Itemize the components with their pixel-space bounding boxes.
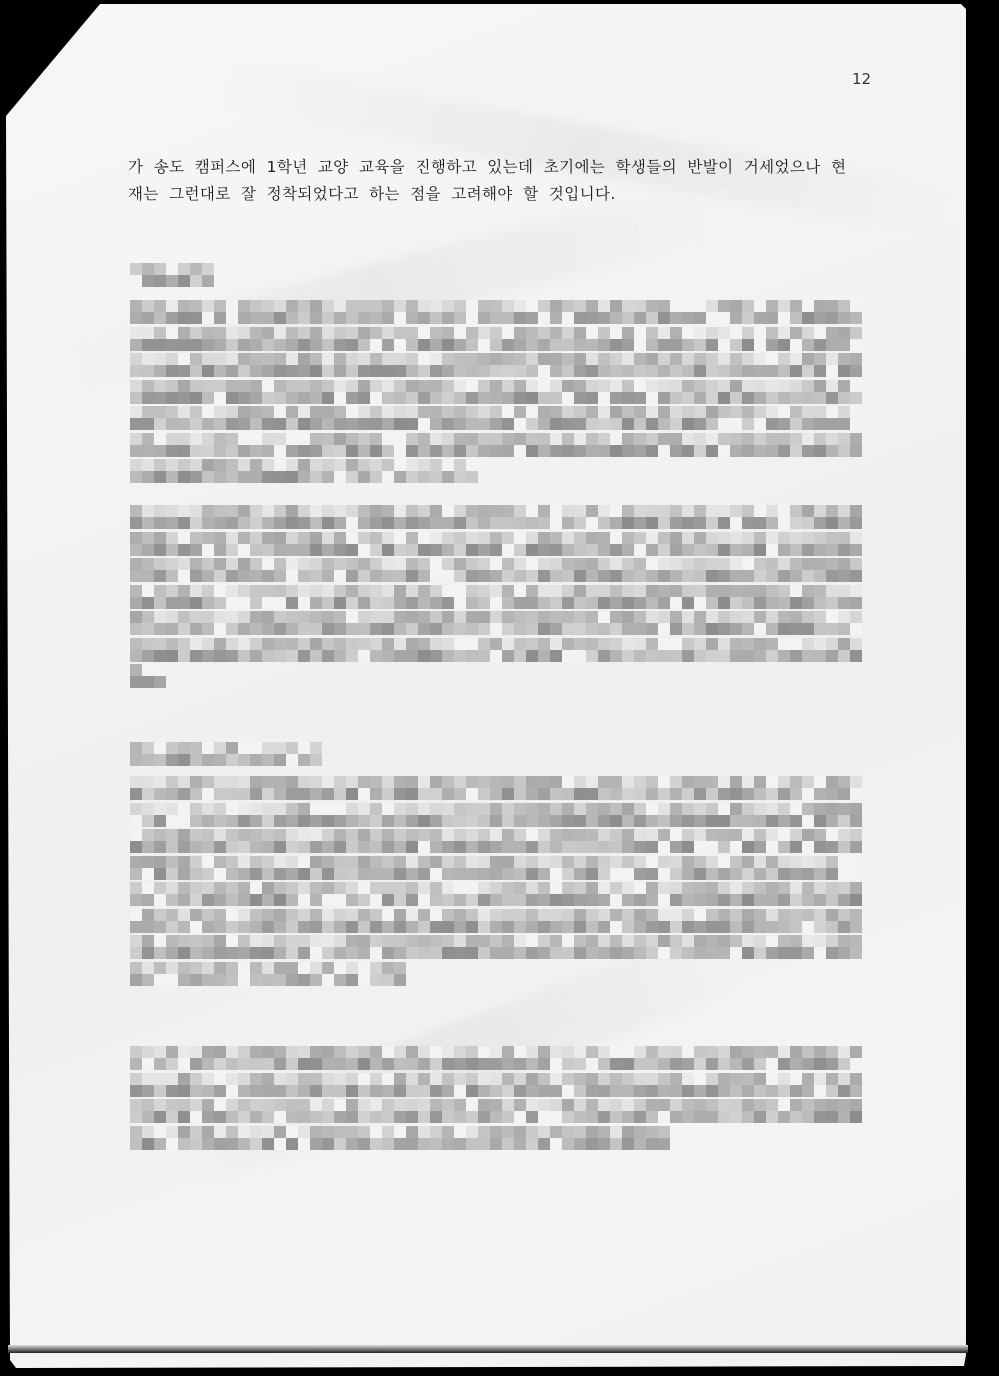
page-bottom-edge [8,1345,968,1353]
paragraph-line: 재는 그런대로 잘 정착되었다고 하는 점을 고려해야 할 것입니다. [128,181,873,208]
redacted-line [130,505,862,529]
paragraph-line: 가 송도 캠퍼스에 1학년 교양 교육을 진행하고 있는데 초기에는 학생들의 … [128,154,873,181]
redacted-line [130,532,862,556]
redacted-line [130,1126,670,1150]
redacted-line [130,1099,862,1123]
redacted-line [130,433,862,457]
paper-crease [207,58,964,239]
redacted-line [130,803,862,827]
redacted-line [130,611,862,635]
page-number: 12 [852,70,871,88]
redacted-line [130,962,406,986]
redacted-line [130,909,862,933]
redacted-line [130,585,862,609]
redacted-line [130,380,862,404]
redacted-line [130,829,862,853]
redacted-line [130,263,214,287]
redacted-line [130,935,862,959]
redacted-line [130,638,862,662]
redacted-line [130,742,322,766]
redacted-line [130,558,862,582]
paragraph-text: 가 송도 캠퍼스에 1학년 교양 교육을 진행하고 있는데 초기에는 학생들의 … [128,154,873,208]
redacted-line [130,406,862,430]
redacted-line [130,300,862,324]
redacted-line [130,1073,862,1097]
redacted-line [130,327,862,351]
redacted-line [130,882,862,906]
redacted-line [130,353,862,377]
redacted-line [130,776,862,800]
redacted-line [130,1046,862,1070]
redacted-line [130,856,862,880]
redacted-line [130,459,478,483]
redacted-line [130,664,166,688]
